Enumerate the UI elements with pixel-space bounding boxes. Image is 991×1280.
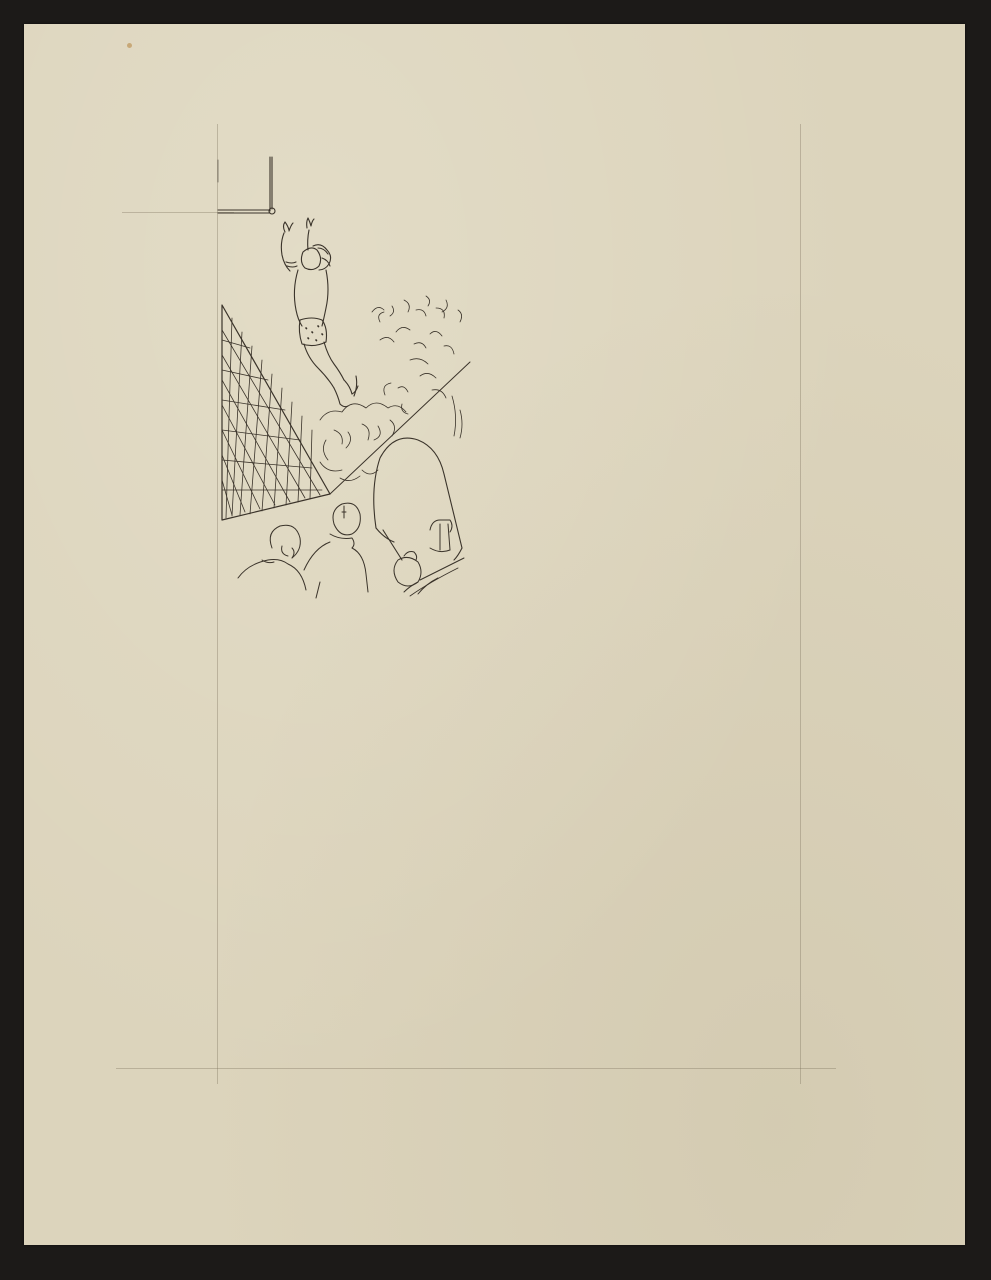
guy-rope-icon (330, 362, 470, 494)
spectator-left-icon (238, 525, 306, 590)
smoke-cloud-icon (320, 296, 462, 481)
safety-net-icon (222, 305, 330, 520)
ink-drawing (0, 0, 991, 1280)
trapeze-bar-icon (218, 157, 275, 214)
spectator-center-icon (304, 503, 368, 598)
cannon-barrel-icon (374, 438, 462, 560)
acrobat-figure-icon (281, 218, 358, 407)
cannon-mechanism-icon (394, 520, 464, 594)
